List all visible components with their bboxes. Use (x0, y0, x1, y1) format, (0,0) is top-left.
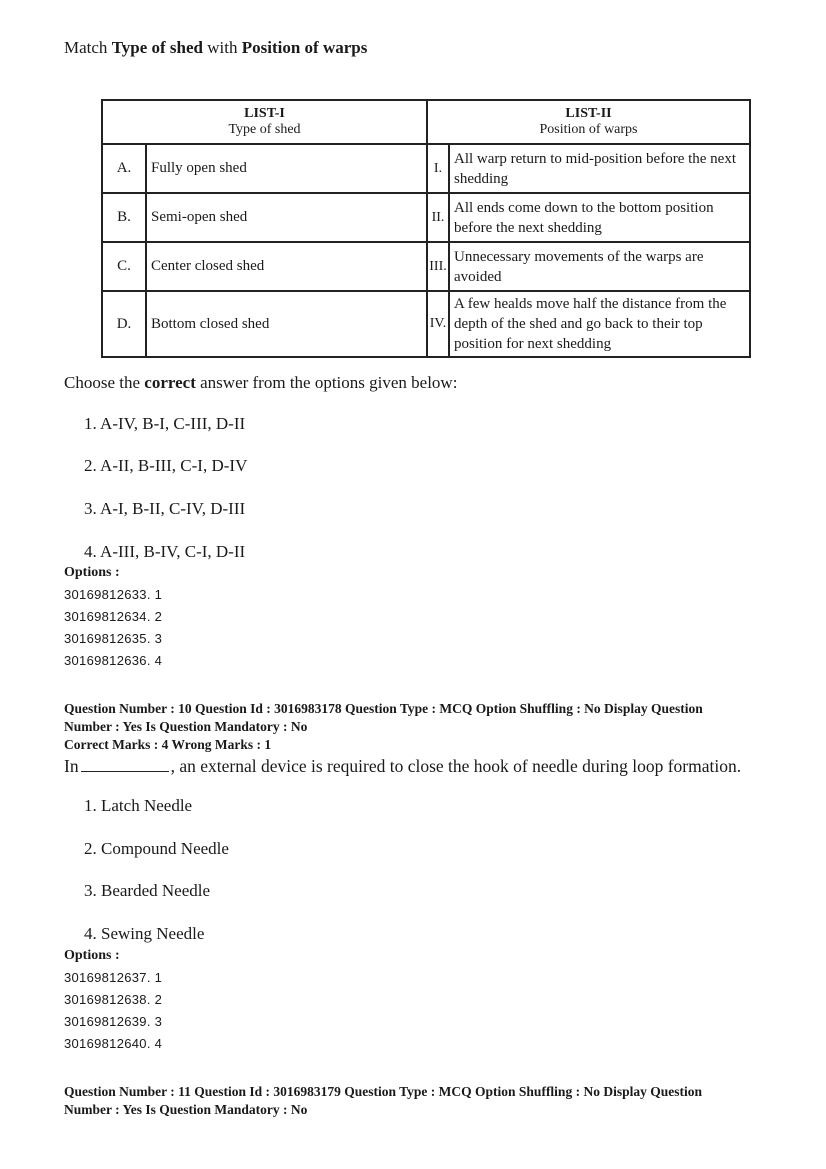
answer-option-1: 1. A-IV, B-I, C-III, D-II (84, 414, 245, 434)
meta-line: Question Number : 11 Question Id : 30169… (64, 1083, 784, 1101)
table-row: D. Bottom closed shed IV. A few healds m… (102, 291, 750, 357)
row-letter: B. (102, 193, 146, 242)
list2-heading: LIST-II (432, 106, 745, 122)
choose-bold-correct: correct (144, 373, 196, 392)
row-desc: All warp return to mid-position before t… (449, 144, 750, 193)
marks-line: Correct Marks : 4 Wrong Marks : 1 (64, 736, 784, 754)
answer-option-3: 3. Bearded Needle (84, 881, 210, 901)
question-title: Match Type of shed with Position of warp… (64, 38, 367, 58)
question-text-before: In (64, 756, 79, 776)
match-table: LIST-I Type of shed LIST-II Position of … (101, 99, 751, 358)
title-text: with (203, 38, 242, 57)
row-item: Bottom closed shed (146, 291, 427, 357)
title-bold-position-of-warps: Position of warps (242, 38, 368, 57)
question-10-meta: Question Number : 10 Question Id : 30169… (64, 700, 784, 754)
row-desc: Unnecessary movements of the warps are a… (449, 242, 750, 291)
options-label: Options : (64, 565, 120, 581)
answer-option-1: 1. Latch Needle (84, 796, 192, 816)
option-id: 30169812633. 1 (64, 587, 162, 602)
answer-option-3: 3. A-I, B-II, C-IV, D-III (84, 499, 245, 519)
option-id: 30169812639. 3 (64, 1014, 162, 1029)
row-desc: A few healds move half the distance from… (449, 291, 750, 357)
option-id: 30169812640. 4 (64, 1036, 162, 1051)
meta-line: Question Number : 10 Question Id : 30169… (64, 700, 784, 718)
question-11-meta: Question Number : 11 Question Id : 30169… (64, 1083, 784, 1119)
answer-option-2: 2. A-II, B-III, C-I, D-IV (84, 456, 247, 476)
row-roman: III. (427, 242, 449, 291)
option-id: 30169812634. 2 (64, 609, 162, 624)
row-roman: IV. (427, 291, 449, 357)
meta-line: Number : Yes Is Question Mandatory : No (64, 718, 784, 736)
row-letter: A. (102, 144, 146, 193)
title-text: Match (64, 38, 112, 57)
table-row: B. Semi-open shed II. All ends come down… (102, 193, 750, 242)
row-roman: II. (427, 193, 449, 242)
row-item: Semi-open shed (146, 193, 427, 242)
list2-header: LIST-II Position of warps (427, 100, 750, 144)
row-desc: All ends come down to the bottom positio… (449, 193, 750, 242)
row-item: Fully open shed (146, 144, 427, 193)
option-id: 30169812638. 2 (64, 992, 162, 1007)
list1-subheading: Type of shed (228, 122, 300, 137)
list2-subheading: Position of warps (540, 122, 638, 137)
options-label: Options : (64, 948, 120, 964)
option-id: 30169812636. 4 (64, 653, 162, 668)
answer-option-4: 4. A-III, B-IV, C-I, D-II (84, 542, 245, 562)
table-header-row: LIST-I Type of shed LIST-II Position of … (102, 100, 750, 144)
fill-blank (81, 757, 169, 772)
choose-text: Choose the (64, 373, 144, 392)
option-id: 30169812637. 1 (64, 970, 162, 985)
row-letter: D. (102, 291, 146, 357)
choose-instruction: Choose the correct answer from the optio… (64, 373, 457, 393)
question-10-text: In, an external device is required to cl… (64, 756, 741, 777)
list1-header: LIST-I Type of shed (102, 100, 427, 144)
title-bold-type-of-shed: Type of shed (112, 38, 203, 57)
option-id: 30169812635. 3 (64, 631, 162, 646)
list1-heading: LIST-I (107, 106, 422, 122)
table-row: C. Center closed shed III. Unnecessary m… (102, 242, 750, 291)
row-roman: I. (427, 144, 449, 193)
question-text-after: , an external device is required to clos… (171, 756, 742, 776)
row-letter: C. (102, 242, 146, 291)
choose-text: answer from the options given below: (196, 373, 458, 392)
answer-option-2: 2. Compound Needle (84, 839, 229, 859)
table-row: A. Fully open shed I. All warp return to… (102, 144, 750, 193)
answer-option-4: 4. Sewing Needle (84, 924, 204, 944)
meta-line: Number : Yes Is Question Mandatory : No (64, 1101, 784, 1119)
row-item: Center closed shed (146, 242, 427, 291)
